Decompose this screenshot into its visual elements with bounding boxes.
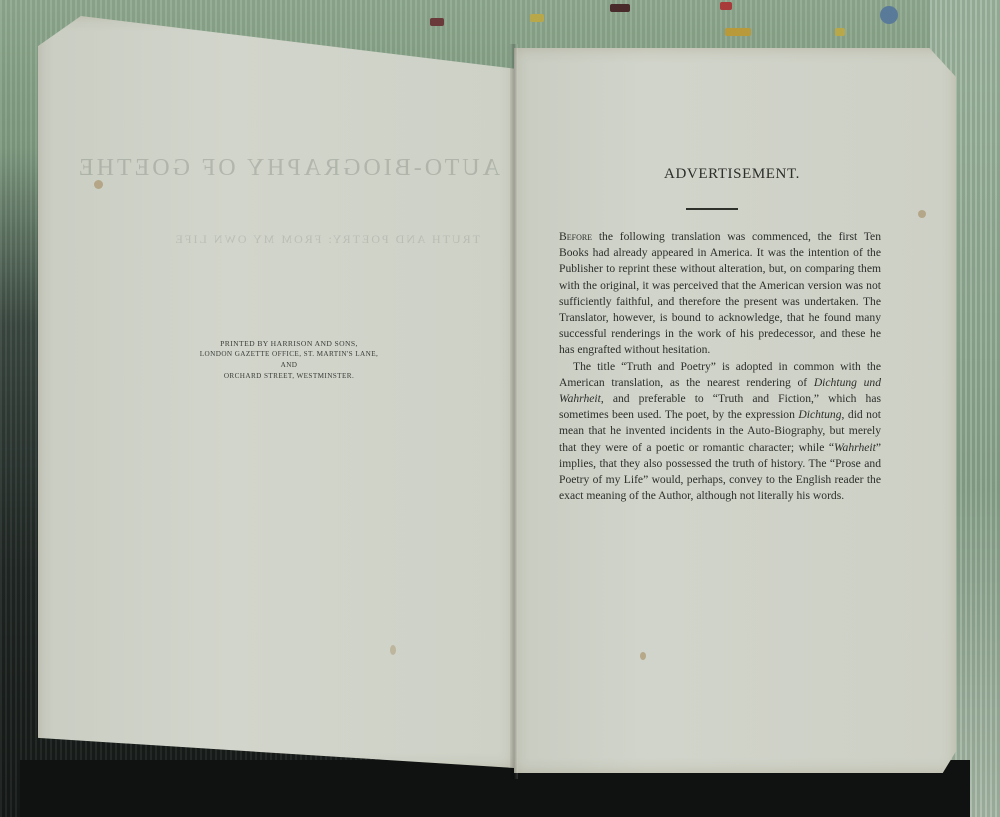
rug-fleck (725, 28, 751, 36)
foxing-stain (918, 210, 926, 218)
lead-word: Before (559, 230, 592, 243)
left-page (38, 16, 514, 768)
imprint-line-2: LONDON GAZETTE OFFICE, ST. MARTIN'S LANE… (196, 349, 382, 360)
imprint-line-1: PRINTED BY HARRISON AND SONS, (196, 338, 382, 349)
paragraph-2: The title “Truth and Poetry” is adopted … (559, 359, 881, 505)
italic-term: Dichtung (798, 408, 841, 421)
italic-term: Wahrheit (834, 441, 876, 454)
paragraph-1: Before the following translation was com… (559, 229, 881, 359)
rug-fleck (720, 2, 732, 10)
rug-fleck (835, 28, 845, 36)
show-through-subtitle: TRUTH AND POETRY: FROM MY OWN LIFE (160, 232, 480, 247)
rug-fleck (430, 18, 444, 26)
imprint-line-3: AND (196, 360, 382, 371)
printer-imprint: PRINTED BY HARRISON AND SONS, LONDON GAZ… (196, 338, 382, 382)
rug-fleck (610, 4, 630, 12)
show-through-title: AUTO-BIOGRAPHY OF GOETHE (140, 155, 500, 182)
advertisement-body: Before the following translation was com… (559, 229, 881, 504)
heading-rule (686, 208, 738, 210)
page-heading: ADVERTISEMENT. (620, 166, 844, 183)
book-gutter (510, 44, 518, 779)
foxing-stain (94, 180, 103, 189)
foxing-stain (640, 652, 646, 660)
rug-fleck (880, 6, 898, 24)
imprint-line-4: ORCHARD STREET, WESTMINSTER. (196, 371, 382, 382)
paragraph-1-text: the following translation was commenced,… (559, 230, 881, 356)
rug-fleck (530, 14, 544, 22)
foxing-stain (390, 645, 396, 655)
